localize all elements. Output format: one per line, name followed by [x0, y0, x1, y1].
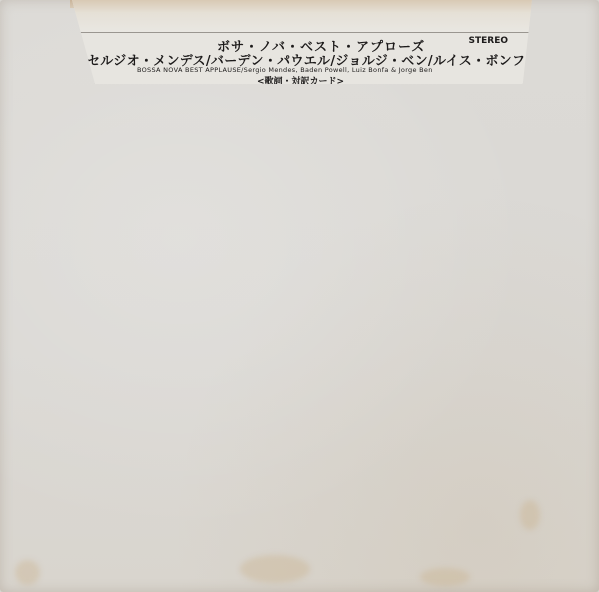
obi-insert-note: <歌詞・対訳カード> [257, 74, 344, 87]
stain [240, 555, 310, 583]
obi-stereo-label: STEREO [469, 36, 509, 46]
record-sleeve: ボサ・ノバ・ベスト・アプローズ STEREO セルジオ・メンデス/バーデン・パウ… [0, 0, 599, 592]
obi-top-band [72, 0, 532, 33]
stain [520, 500, 540, 530]
stain [420, 568, 470, 586]
obi-title-en: BOSSA NOVA BEST APPLAUSE/Sergio Mendes, … [137, 66, 433, 74]
stain [15, 560, 40, 585]
obi-strip: ボサ・ノバ・ベスト・アプローズ STEREO セルジオ・メンデス/バーデン・パウ… [72, 0, 532, 84]
